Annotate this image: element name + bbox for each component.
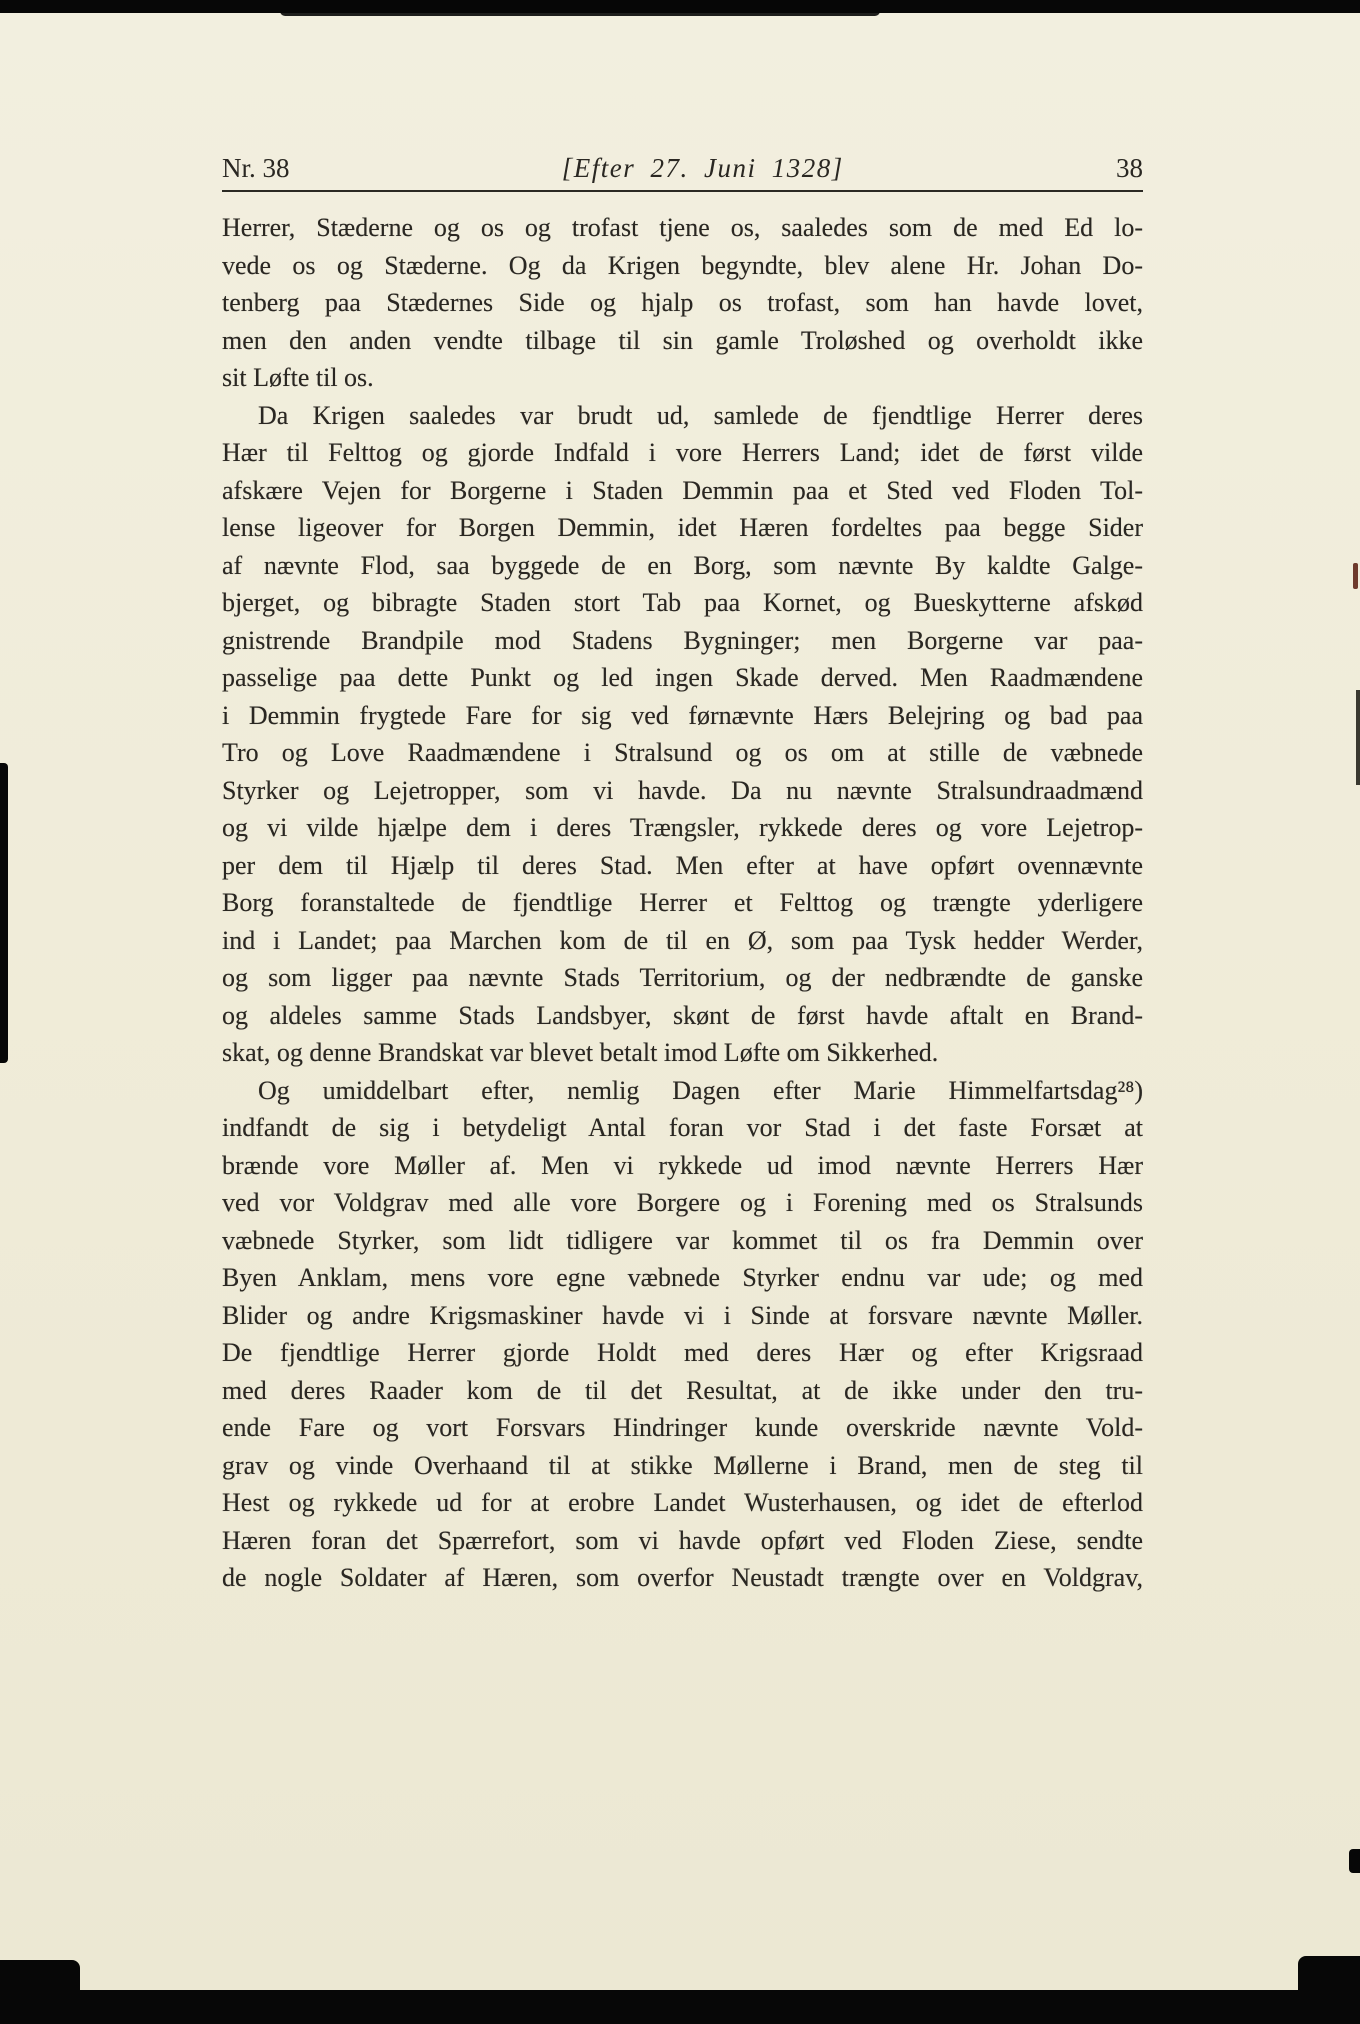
text-line: Tro og Love Raadmændene i Stralsund og o… — [222, 734, 1143, 772]
text-line: med deres Raader kom de til det Resultat… — [222, 1372, 1143, 1410]
text-line: Hæren foran det Spærrefort, som vi havde… — [222, 1522, 1143, 1560]
text-line: Hær til Felttog og gjorde Indfald i vore… — [222, 434, 1143, 472]
header-rule — [222, 190, 1143, 192]
text-line: indfandt de sig i betydeligt Antal foran… — [222, 1109, 1143, 1147]
text-line: Da Krigen saaledes var brudt ud, samlede… — [222, 397, 1143, 435]
page-paper: Nr. 38 [Efter 27. Juni 1328] 38 Herrer, … — [0, 13, 1360, 1990]
text-line: i Demmin frygtede Fare for sig ved førnæ… — [222, 697, 1143, 735]
text-line: ved vor Voldgrav med alle vore Borgere o… — [222, 1184, 1143, 1222]
text-line: passelige paa dette Punkt og led ingen S… — [222, 659, 1143, 697]
page-content: Nr. 38 [Efter 27. Juni 1328] 38 Herrer, … — [222, 153, 1143, 1597]
paragraph: Herrer, Stæderne og os og trofast tjene … — [222, 209, 1143, 397]
document-body: Herrer, Stæderne og os og trofast tjene … — [222, 209, 1143, 1597]
paragraph: Og umiddelbart efter, nemlig Dagen efter… — [222, 1072, 1143, 1597]
text-line: tenberg paa Stædernes Side og hjalp os t… — [222, 284, 1143, 322]
text-line: Hest og rykkede ud for at erobre Landet … — [222, 1484, 1143, 1522]
text-line: skat, og denne Brandskat var blevet beta… — [222, 1034, 1143, 1072]
text-line: afskære Vejen for Borgerne i Staden Demm… — [222, 472, 1143, 510]
text-line: De fjendtlige Herrer gjorde Holdt med de… — [222, 1334, 1143, 1372]
text-line: grav og vinde Overhaand til at stikke Mø… — [222, 1447, 1143, 1485]
text-line: lense ligeover for Borgen Demmin, idet H… — [222, 509, 1143, 547]
scan-edge-top-bump — [280, 0, 880, 16]
date-heading: [Efter 27. Juni 1328] — [562, 153, 844, 183]
text-line: og aldeles samme Stads Landsbyer, skønt … — [222, 997, 1143, 1035]
text-line: og vi vilde hjælpe dem i deres Trængsler… — [222, 809, 1143, 847]
text-line: bjerget, og bibragte Staden stort Tab pa… — [222, 584, 1143, 622]
scan-edge-right-dot — [1349, 1849, 1360, 1873]
text-line: Og umiddelbart efter, nemlig Dagen efter… — [222, 1072, 1143, 1110]
scan-edge-bottom-right — [1298, 1956, 1360, 2024]
text-line: de nogle Soldater af Hæren, som overfor … — [222, 1559, 1143, 1597]
text-line: og som ligger paa nævnte Stads Territori… — [222, 959, 1143, 997]
page-number: 38 — [1116, 153, 1143, 183]
scan-red-mark — [1353, 563, 1358, 589]
text-line: vede os og Stæderne. Og da Krigen begynd… — [222, 247, 1143, 285]
scan-edge-bottom — [0, 1990, 1360, 2024]
page-header: Nr. 38 [Efter 27. Juni 1328] 38 — [222, 153, 1143, 183]
text-line: af nævnte Flod, saa byggede de en Borg, … — [222, 547, 1143, 585]
document-number: Nr. 38 — [222, 153, 290, 183]
scan-edge-right-line — [1356, 690, 1360, 785]
text-line: væbnede Styrker, som lidt tidligere var … — [222, 1222, 1143, 1260]
text-line: Herrer, Stæderne og os og trofast tjene … — [222, 209, 1143, 247]
text-line: sit Løfte til os. — [222, 359, 1143, 397]
text-line: ende Fare og vort Forsvars Hindringer ku… — [222, 1409, 1143, 1447]
paragraph: Da Krigen saaledes var brudt ud, samlede… — [222, 397, 1143, 1072]
scanned-page: Nr. 38 [Efter 27. Juni 1328] 38 Herrer, … — [0, 0, 1360, 2024]
text-line: Borg foranstaltede de fjendtlige Herrer … — [222, 884, 1143, 922]
text-line: men den anden vendte tilbage til sin gam… — [222, 322, 1143, 360]
scan-edge-left-strip — [0, 763, 8, 1063]
scan-edge-bottom-left — [0, 1960, 80, 2024]
text-line: per dem til Hjælp til deres Stad. Men ef… — [222, 847, 1143, 885]
text-line: Byen Anklam, mens vore egne væbnede Styr… — [222, 1259, 1143, 1297]
text-line: Styrker og Lejetropper, som vi havde. Da… — [222, 772, 1143, 810]
text-line: brænde vore Møller af. Men vi rykkede ud… — [222, 1147, 1143, 1185]
text-line: gnistrende Brandpile mod Stadens Bygning… — [222, 622, 1143, 660]
text-line: Blider og andre Krigsmaskiner havde vi i… — [222, 1297, 1143, 1335]
text-line: ind i Landet; paa Marchen kom de til en … — [222, 922, 1143, 960]
